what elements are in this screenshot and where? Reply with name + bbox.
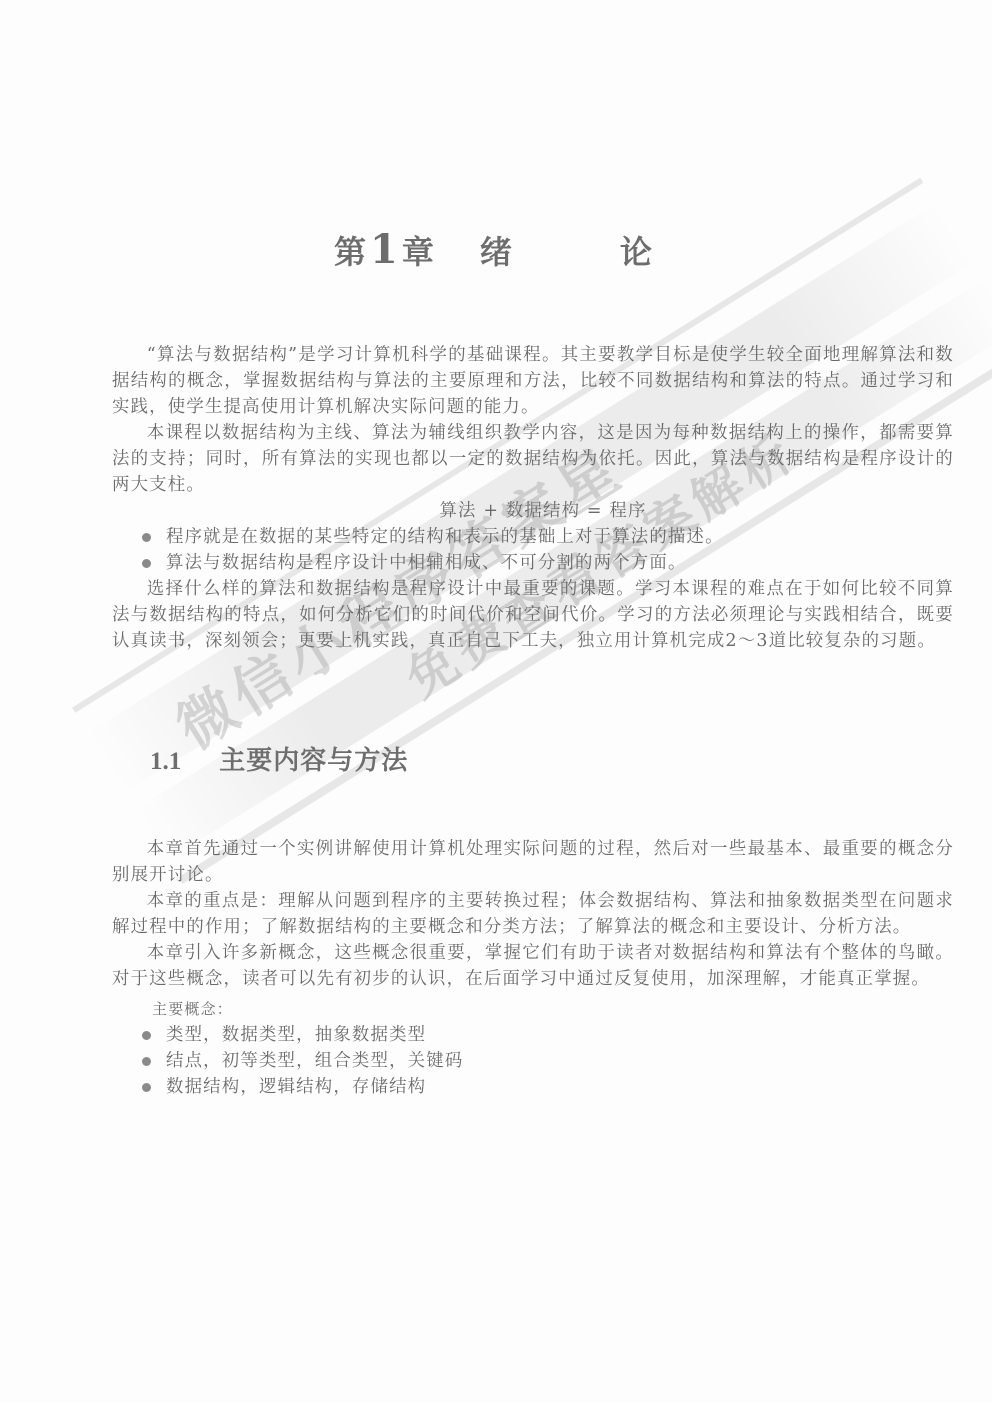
intro-paragraph: 本课程以数据结构为主线、算法为辅线组织教学内容，这是因为每种数据结构上的操作，都… [112,420,954,498]
chapter-intro: “算法与数据结构”是学习计算机科学的基础课程。其主要教学目标是使学生较全面地理解… [112,342,954,654]
concept-text: 类型，数据类型，抽象数据类型 [138,1022,426,1048]
chapter-prefix: 第 [334,227,366,273]
bullet-item: 算法与数据结构是程序设计中相辅相成、不可分割的两个方面。 [112,550,954,576]
section-number: 1.1 [150,748,181,776]
section-heading: 1.1 主要内容与方法 [150,740,408,777]
concept-item: 类型，数据类型，抽象数据类型 [112,1022,954,1048]
document-page: 微信小程序答案星 免费查看答案解析 第 1 章 绪 论 “算法与数据结构”是学习… [0,0,992,1403]
section-paragraph: 本章首先通过一个实例讲解使用计算机处理实际问题的过程，然后对一些最基本、最重要的… [112,836,954,888]
intro-paragraph: “算法与数据结构”是学习计算机科学的基础课程。其主要教学目标是使学生较全面地理解… [112,342,954,420]
section-body: 本章首先通过一个实例讲解使用计算机处理实际问题的过程，然后对一些最基本、最重要的… [112,836,954,1100]
chapter-number: 1 [370,226,398,273]
chapter-suffix: 章 [402,227,434,273]
chapter-title: 第 1 章 绪 论 [334,226,714,273]
formula: 算法 + 数据结构 = 程序 [112,498,954,524]
section-title: 主要内容与方法 [219,740,408,777]
section-paragraph: 本章引入许多新概念，这些概念很重要，掌握它们有助于读者对数据结构和算法有个整体的… [112,940,954,992]
intro-paragraph: 选择什么样的算法和数据结构是程序设计中最重要的课题。学习本课程的难点在于如何比较… [112,576,954,654]
concept-item: 结点，初等类型，组合类型，关键码 [112,1048,954,1074]
concept-text: 数据结构，逻辑结构，存储结构 [138,1074,426,1100]
concepts-label: 主要概念： [112,996,954,1022]
bullet-text: 程序就是在数据的某些特定的结构和表示的基础上对于算法的描述。 [138,524,724,550]
chapter-title-char-2: 论 [620,227,652,273]
chapter-title-char-1: 绪 [480,227,512,273]
bullet-item: 程序就是在数据的某些特定的结构和表示的基础上对于算法的描述。 [112,524,954,550]
concept-text: 结点，初等类型，组合类型，关键码 [138,1048,463,1074]
concept-item: 数据结构，逻辑结构，存储结构 [112,1074,954,1100]
section-paragraph: 本章的重点是：理解从问题到程序的主要转换过程；体会数据结构、算法和抽象数据类型在… [112,888,954,940]
bullet-text: 算法与数据结构是程序设计中相辅相成、不可分割的两个方面。 [138,550,687,576]
